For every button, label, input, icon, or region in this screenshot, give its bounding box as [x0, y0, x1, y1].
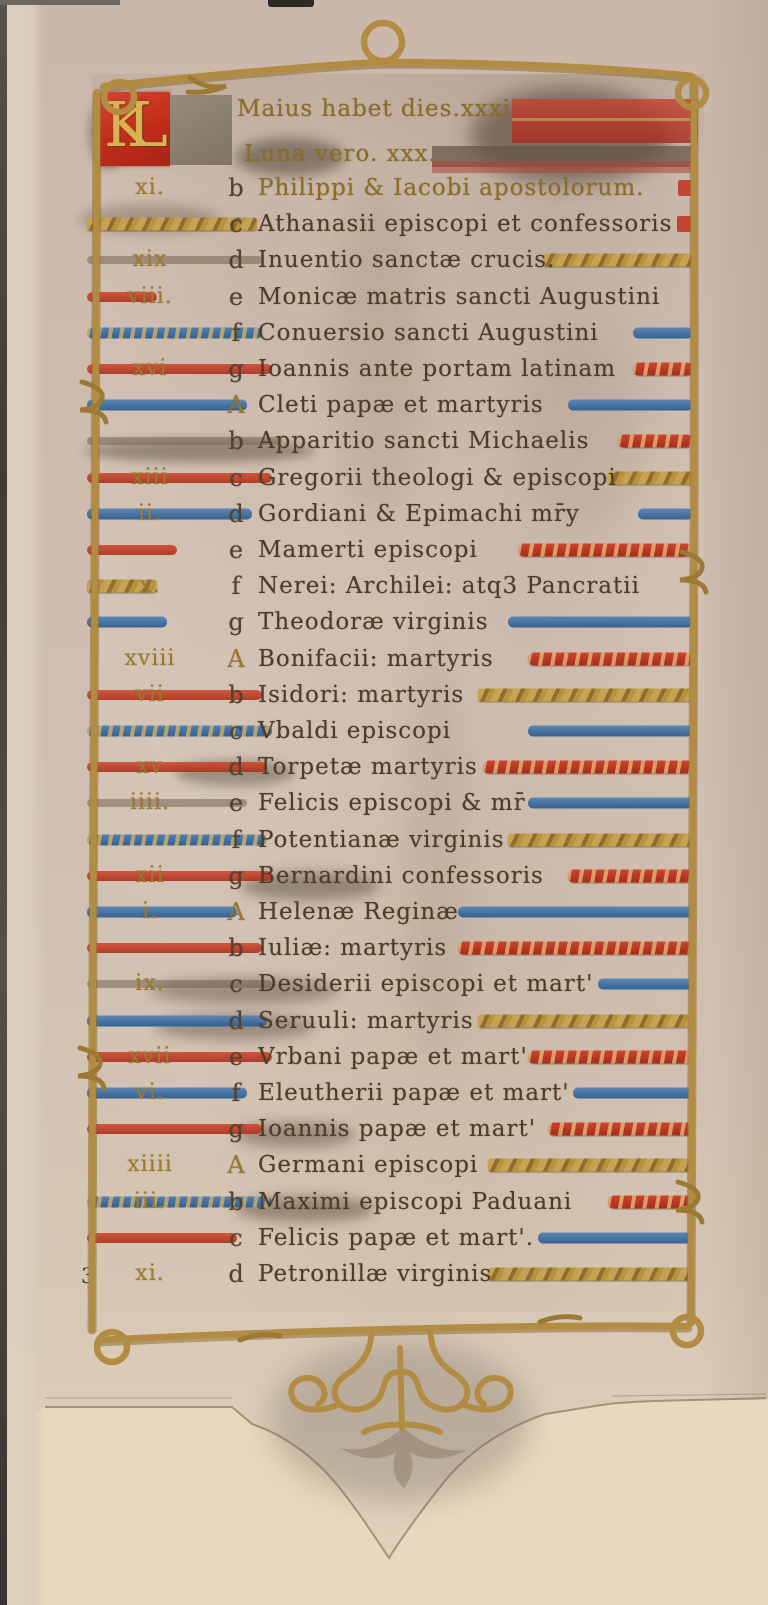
calendar-row: xviieVrbani papæ et mart'	[85, 1040, 697, 1074]
calendar-row: xi.bPhilippi & Iacobi apostolorum.	[85, 171, 697, 205]
feast-entry: Torpetæ martyris	[258, 750, 478, 784]
feast-entry: Vbaldi episcopi	[258, 714, 451, 748]
dominical-letter: e	[218, 1040, 254, 1074]
line-filler-blue	[538, 1232, 693, 1243]
line-filler-red-mark	[677, 216, 693, 232]
golden-number: vi.	[97, 1076, 203, 1110]
golden-number: xix	[97, 243, 203, 277]
dominical-letter: d	[218, 243, 254, 277]
line-filler-gold	[478, 1014, 693, 1027]
dominical-letter: A	[218, 895, 254, 929]
left-line-filler-red	[87, 545, 177, 555]
dominical-letter: e	[218, 786, 254, 820]
line-filler-red-ornate	[483, 761, 693, 774]
line-filler-red-ornate	[458, 942, 693, 955]
calendar-row: eMamerti episcopi	[85, 533, 697, 567]
dominical-letter: c	[218, 967, 254, 1001]
line-filler-gold	[478, 688, 693, 701]
frame-loop-bottom-left	[97, 1332, 127, 1362]
right-margin-shade	[698, 0, 768, 1400]
golden-number: vii	[97, 678, 203, 712]
dominical-letter: d	[218, 497, 254, 531]
calendar-row: xixdInuentio sanctæ crucis.	[85, 243, 697, 277]
left-line-filler-blue	[87, 617, 167, 628]
dominical-letter: g	[218, 605, 254, 639]
golden-number: viii.	[97, 280, 203, 314]
dominical-letter: b	[218, 931, 254, 965]
feast-entry: Bernardini confessoris	[258, 859, 544, 893]
dominical-letter: c	[218, 1221, 254, 1255]
feast-entry: Mamerti episcopi	[258, 533, 478, 567]
line-filler-blue	[568, 400, 693, 411]
calendar-row: i.AHelenæ Reginæ	[85, 895, 697, 929]
golden-number: xv	[97, 750, 203, 784]
left-line-filler-red	[87, 1233, 237, 1243]
calendar-row: xiigBernardini confessoris	[85, 859, 697, 893]
line-filler-blue	[508, 617, 693, 628]
golden-number: iiii.	[97, 786, 203, 820]
dominical-letter: b	[218, 1185, 254, 1219]
calendar-row: iiii.eFelicis episcopi & mr̄	[85, 786, 697, 820]
calendar-row: bApparitio sancti Michaelis	[85, 424, 697, 458]
feast-entry: Germani episcopi	[258, 1148, 478, 1182]
marginal-mark: 3	[81, 1259, 94, 1293]
feast-entry: Apparitio sancti Michaelis	[258, 424, 589, 458]
line-filler-red-ornate	[528, 652, 693, 665]
calendar-row: x.fNerei: Archilei: atq3 Pancratii	[85, 569, 697, 603]
feast-entry: Conuersio sancti Augustini	[258, 316, 599, 350]
line-filler-red-ornate	[518, 544, 693, 557]
feast-entry: Ioannis papæ et mart'	[258, 1112, 536, 1146]
dominical-letter: d	[218, 750, 254, 784]
feast-entry: Gregorii theologi & episcopi	[258, 461, 617, 495]
line-filler-red-ornate	[633, 363, 693, 376]
calendar-row: viii.eMonicæ matris sancti Augustini	[85, 280, 697, 314]
calendar-row: gTheodoræ virginis	[85, 605, 697, 639]
line-filler-red-ornate	[618, 435, 693, 448]
dominical-letter: b	[218, 424, 254, 458]
golden-number: xvii	[97, 1040, 203, 1074]
manuscript-photo: KL Maius habet dies.xxxi Luna vero. xxx.…	[0, 0, 768, 1605]
golden-number: xviii	[97, 642, 203, 676]
calendar-row: cFelicis papæ et mart'.	[85, 1221, 697, 1255]
line-filler-blue	[458, 907, 693, 918]
dominical-letter: A	[218, 642, 254, 676]
feast-entry: Seruuli: martyris	[258, 1004, 474, 1038]
feast-entry: Theodoræ virginis	[258, 605, 489, 639]
calendar-row: cAthanasii episcopi et confessoris	[85, 207, 697, 241]
feast-entry: Monicæ matris sancti Augustini	[258, 280, 660, 314]
photo-edge-top	[0, 0, 120, 5]
golden-number: xii	[97, 859, 203, 893]
feast-entry: Athanasii episcopi et confessoris	[258, 207, 672, 241]
calendar-row: fConuersio sancti Augustini	[85, 316, 697, 350]
calendar-row: ACleti papæ et martyris	[85, 388, 697, 422]
calendar-row: ii.dGordiani & Epimachi mr̄y	[85, 497, 697, 531]
feast-entry: Isidori: martyris	[258, 678, 464, 712]
calendar-row: vi.fEleutherii papæ et mart'	[85, 1076, 697, 1110]
calendar-row: fPotentianæ virginis	[85, 823, 697, 857]
line-filler-blue	[633, 327, 693, 338]
dominical-letter: e	[218, 533, 254, 567]
line-filler-red-ornate	[528, 1050, 693, 1063]
dominical-letter: g	[218, 859, 254, 893]
line-filler-blue	[598, 979, 693, 990]
line-filler-blue	[528, 798, 693, 809]
line-filler-red-ornate	[568, 869, 693, 882]
golden-number: ii.	[97, 497, 203, 531]
golden-number: ix.	[97, 967, 203, 1001]
dominical-letter: g	[218, 352, 254, 386]
feast-entry: Potentianæ virginis	[258, 823, 505, 857]
calendar-row: xiiicGregorii theologi & episcopi	[85, 461, 697, 495]
calendar-row: cVbaldi episcopi	[85, 714, 697, 748]
calendar-rows: xi.bPhilippi & Iacobi apostolorum.cAthan…	[85, 0, 697, 1320]
calendar-row: dSeruuli: martyris	[85, 1004, 697, 1038]
feast-entry: Nerei: Archilei: atq3 Pancratii	[258, 569, 640, 603]
feast-entry: Iuliæ: martyris	[258, 931, 447, 965]
feast-entry: Felicis papæ et mart'.	[258, 1221, 534, 1255]
frame-loop-bottom-right	[673, 1317, 701, 1345]
golden-number: iii.	[97, 1185, 203, 1219]
line-filler-gold	[608, 471, 693, 484]
feast-entry: Eleutherii papæ et mart'	[258, 1076, 570, 1110]
dominical-letter: d	[218, 1257, 254, 1291]
golden-number: xiii	[97, 461, 203, 495]
dominical-letter: b	[218, 171, 254, 205]
dominical-letter: A	[218, 388, 254, 422]
feast-entry: Helenæ Reginæ	[258, 895, 459, 929]
dominical-letter: f	[218, 1076, 254, 1110]
line-filler-gold	[508, 833, 693, 846]
line-filler-gold	[488, 1268, 693, 1281]
line-filler-red-ornate	[548, 1123, 693, 1136]
feast-entry: Desiderii episcopi et mart'	[258, 967, 593, 1001]
dominical-letter: e	[218, 280, 254, 314]
calendar-row: iii.bMaximi episcopi Paduani	[85, 1185, 697, 1219]
feast-entry: Bonifacii: martyris	[258, 642, 494, 676]
line-filler-gold	[488, 1159, 693, 1172]
photo-edge-mark	[268, 0, 314, 7]
dominical-letter: f	[218, 316, 254, 350]
calendar-row: viibIsidori: martyris	[85, 678, 697, 712]
calendar-row: xiiiiAGermani episcopi	[85, 1148, 697, 1182]
feast-entry: Gordiani & Epimachi mr̄y	[258, 497, 580, 531]
line-filler-gold	[543, 254, 693, 267]
golden-number: x.	[97, 569, 203, 603]
calendar-row: xviiiABonifacii: martyris	[85, 642, 697, 676]
photo-edge-left	[0, 0, 7, 1605]
calendar-row: ix.cDesiderii episcopi et mart'	[85, 967, 697, 1001]
dominical-letter: f	[218, 569, 254, 603]
photo-margin-strip	[7, 0, 45, 1605]
frame-bottom-bar	[100, 1326, 688, 1340]
feast-entry: Ioannis ante portam latinam	[258, 352, 616, 386]
feast-entry: Vrbani papæ et mart'	[258, 1040, 528, 1074]
dominical-letter: c	[218, 714, 254, 748]
line-filler-blue	[573, 1088, 693, 1099]
dominical-letter: b	[218, 678, 254, 712]
calendar-row: xvigIoannis ante portam latinam	[85, 352, 697, 386]
line-filler-red-ornate	[608, 1195, 693, 1208]
feast-entry: Inuentio sanctæ crucis.	[258, 243, 555, 277]
dominical-letter: c	[218, 461, 254, 495]
golden-number: xi.	[97, 171, 203, 205]
dominical-letter: d	[218, 1004, 254, 1038]
dominical-letter: g	[218, 1112, 254, 1146]
line-filler-blue	[638, 508, 693, 519]
calendar-row: xvdTorpetæ martyris	[85, 750, 697, 784]
calendar-row: bIuliæ: martyris	[85, 931, 697, 965]
line-filler-blue	[528, 726, 693, 737]
feast-entry: Maximi episcopi Paduani	[258, 1185, 572, 1219]
golden-number: i.	[97, 895, 203, 929]
feast-entry: Petronillæ virginis	[258, 1257, 492, 1291]
calendar-row: 3xi.dPetronillæ virginis	[85, 1257, 697, 1291]
dominical-letter: f	[218, 823, 254, 857]
dominical-letter: A	[218, 1148, 254, 1182]
feast-entry: Cleti papæ et martyris	[258, 388, 544, 422]
dominical-letter: c	[218, 207, 254, 241]
feast-entry: Philippi & Iacobi apostolorum.	[258, 171, 644, 205]
calendar-row: gIoannis papæ et mart'	[85, 1112, 697, 1146]
line-filler-red-mark	[678, 180, 693, 196]
golden-number: xvi	[97, 352, 203, 386]
feast-entry: Felicis episcopi & mr̄	[258, 786, 526, 820]
golden-number: xi.	[97, 1257, 203, 1291]
stain	[270, 1340, 530, 1500]
golden-number: xiiii	[97, 1148, 203, 1182]
